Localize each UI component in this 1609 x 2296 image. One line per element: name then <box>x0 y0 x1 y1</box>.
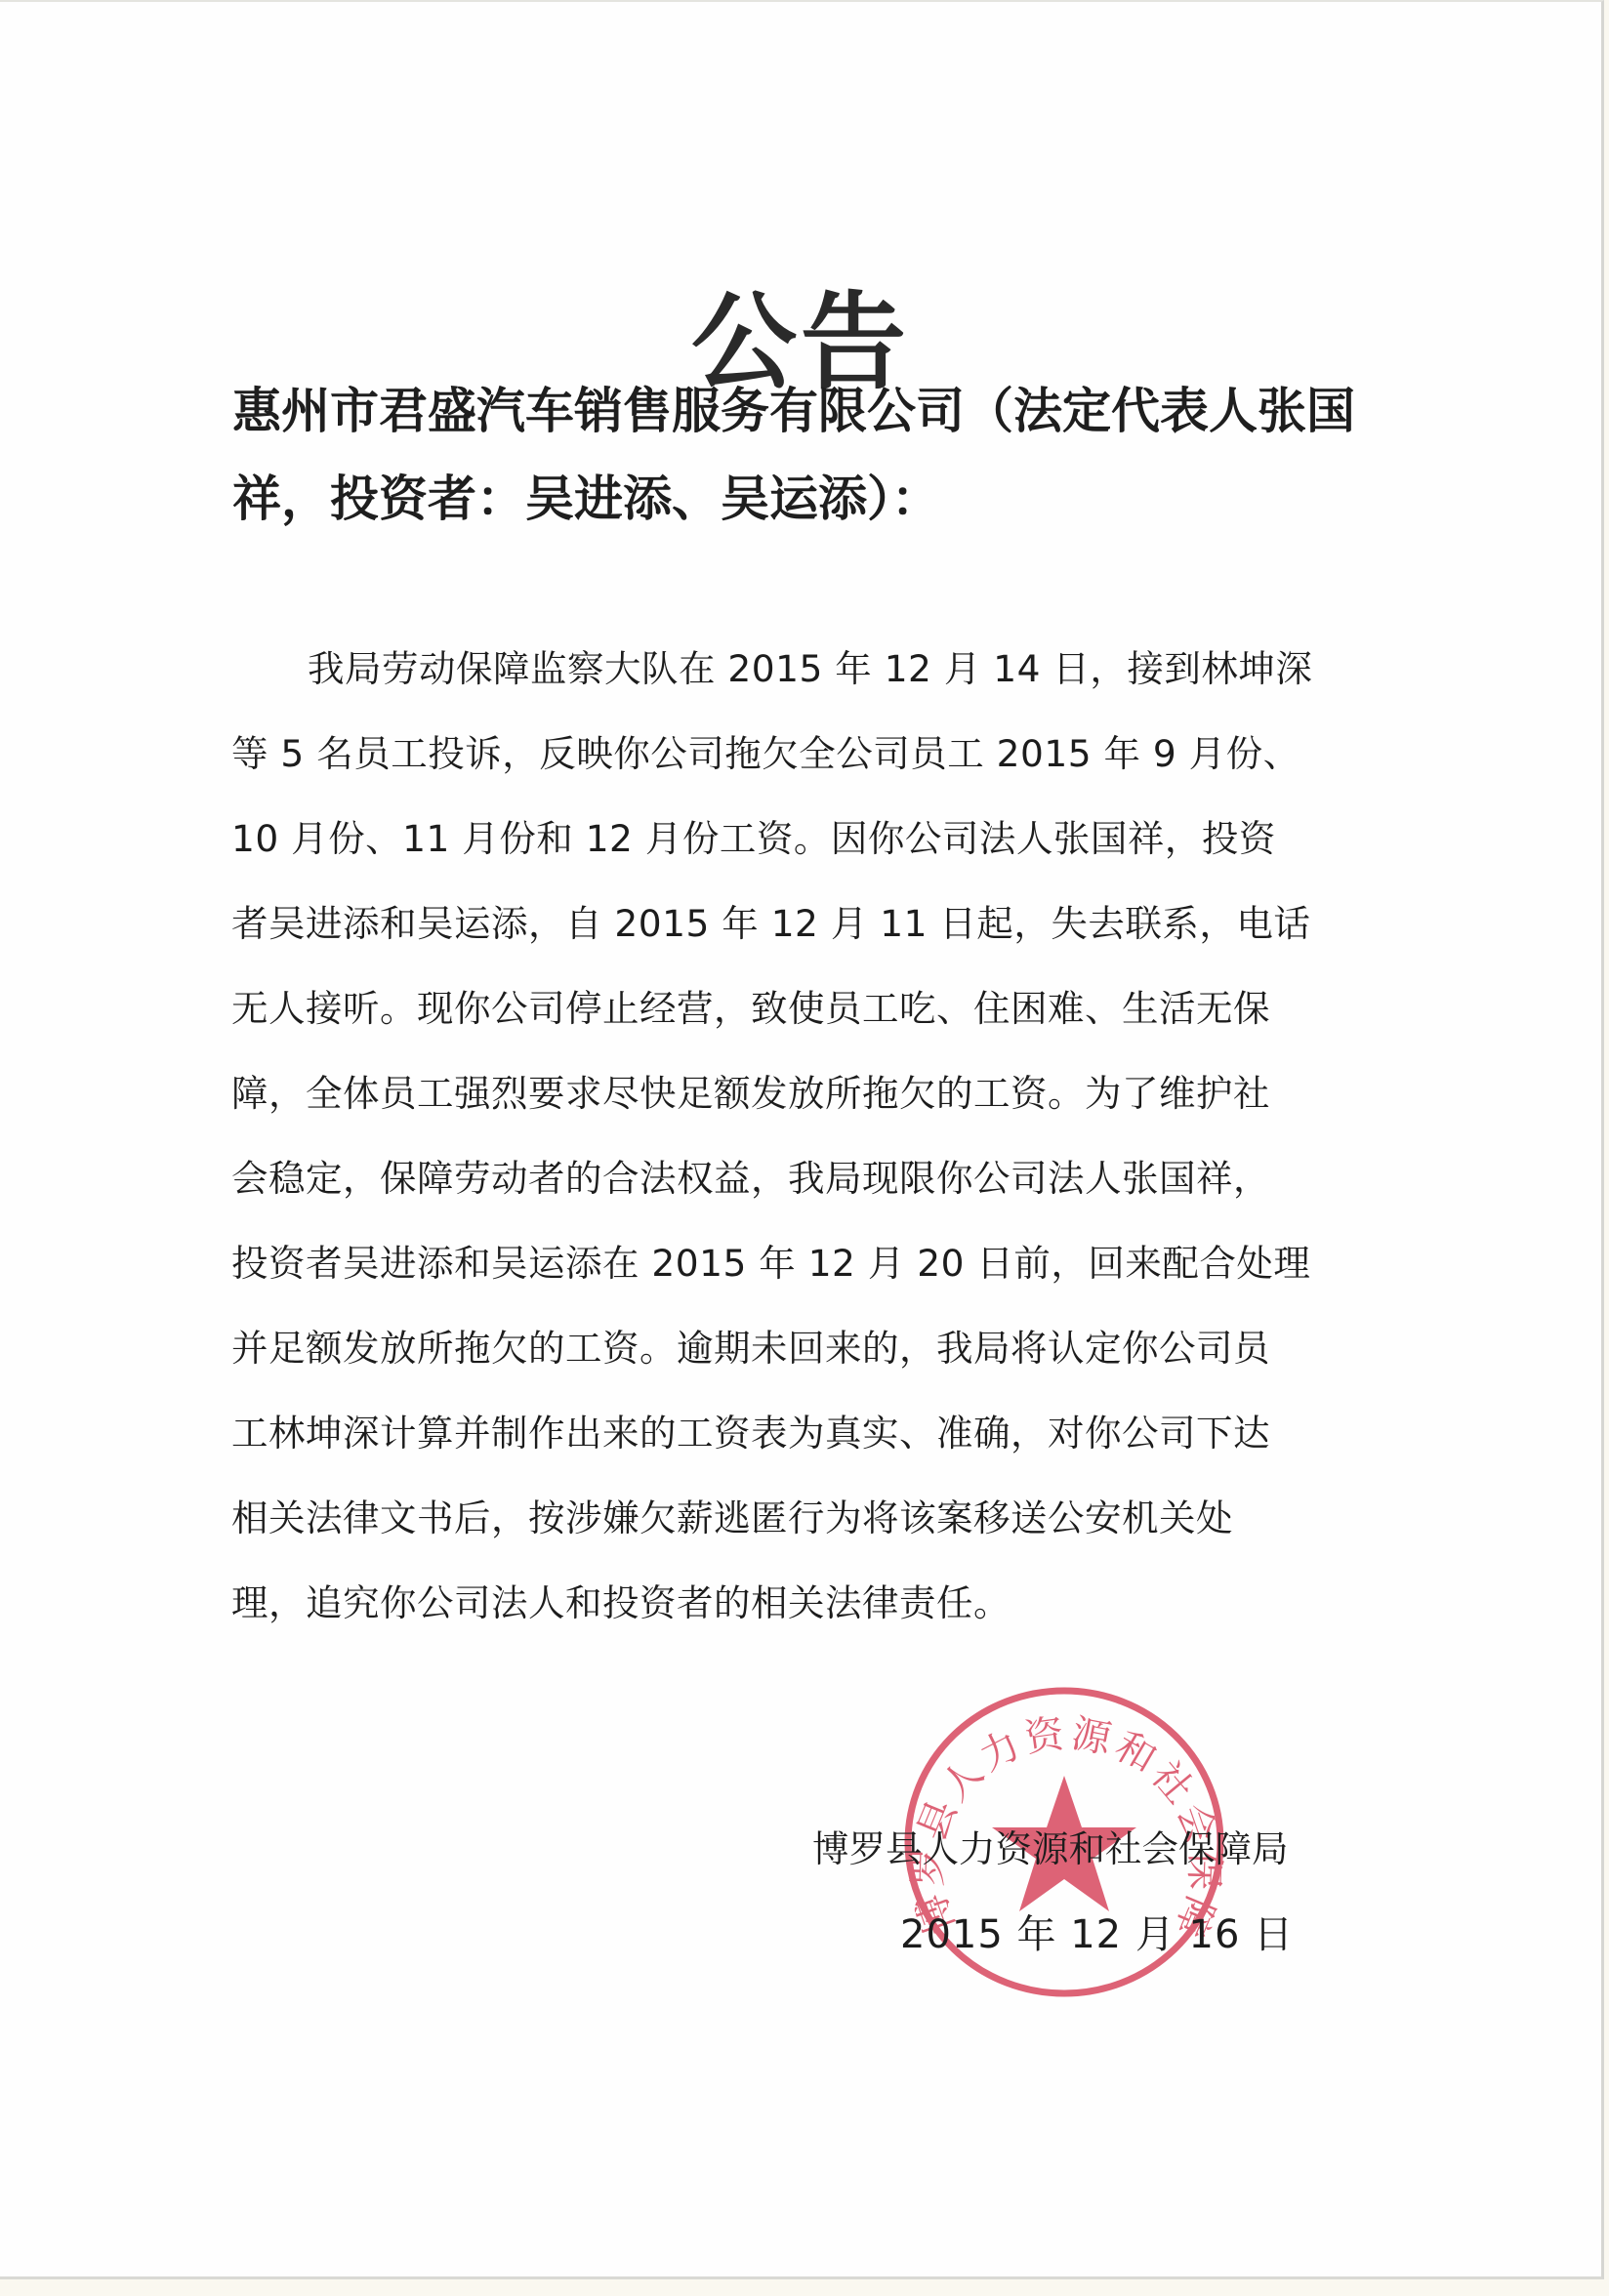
document-page: 公告 惠州市君盛汽车销售服务有限公司（法定代表人张国 祥，投资者：吴进添、吴运添… <box>0 0 1604 2279</box>
body-line: 理，追究你公司法人和投资者的相关法律责任。 <box>231 1561 1379 1646</box>
body-line: 10 月份、11 月份和 12 月份工资。因你公司法人张国祥，投资 <box>231 797 1379 881</box>
addressee-line: 惠州市君盛汽车销售服务有限公司（法定代表人张国 <box>232 367 1365 455</box>
body-line: 并足额发放所拖欠的工资。逾期未回来的，我局将认定你公司员 <box>231 1306 1379 1391</box>
issuer-signature: 博罗县人力资源和社会保障局 <box>812 1820 1289 1878</box>
body-line: 无人接听。现你公司停止经营，致使员工吃、住困难、生活无保 <box>231 966 1379 1051</box>
addressee: 惠州市君盛汽车销售服务有限公司（法定代表人张国 祥，投资者：吴进添、吴运添）： <box>232 367 1365 543</box>
body-line: 会稳定，保障劳动者的合法权益，我局现限你公司法人张国祥， <box>231 1136 1379 1221</box>
body-line: 者吴进添和吴运添，自 2015 年 12 月 11 日起，失去联系，电话 <box>231 881 1379 966</box>
notice-body: 我局劳动保障监察大队在 2015 年 12 月 14 日，接到林坤深 等 5 名… <box>231 627 1379 1646</box>
body-line: 投资者吴进添和吴运添在 2015 年 12 月 20 日前，回来配合处理 <box>231 1221 1379 1306</box>
issue-date: 2015 年 12 月 16 日 <box>900 1906 1294 1964</box>
body-line: 障，全体员工强烈要求尽快足额发放所拖欠的工资。为了维护社 <box>231 1051 1379 1136</box>
body-line: 我局劳动保障监察大队在 2015 年 12 月 14 日，接到林坤深 <box>231 627 1379 712</box>
body-line: 等 5 名员工投诉，反映你公司拖欠全公司员工 2015 年 9 月份、 <box>231 712 1379 797</box>
body-line: 工林坤深计算并制作出来的工资表为真实、准确，对你公司下达 <box>231 1391 1379 1476</box>
body-line: 相关法律文书后，按涉嫌欠薪逃匿行为将该案移送公安机关处 <box>231 1476 1379 1561</box>
addressee-line: 祥，投资者：吴进添、吴运添）： <box>232 455 1365 543</box>
